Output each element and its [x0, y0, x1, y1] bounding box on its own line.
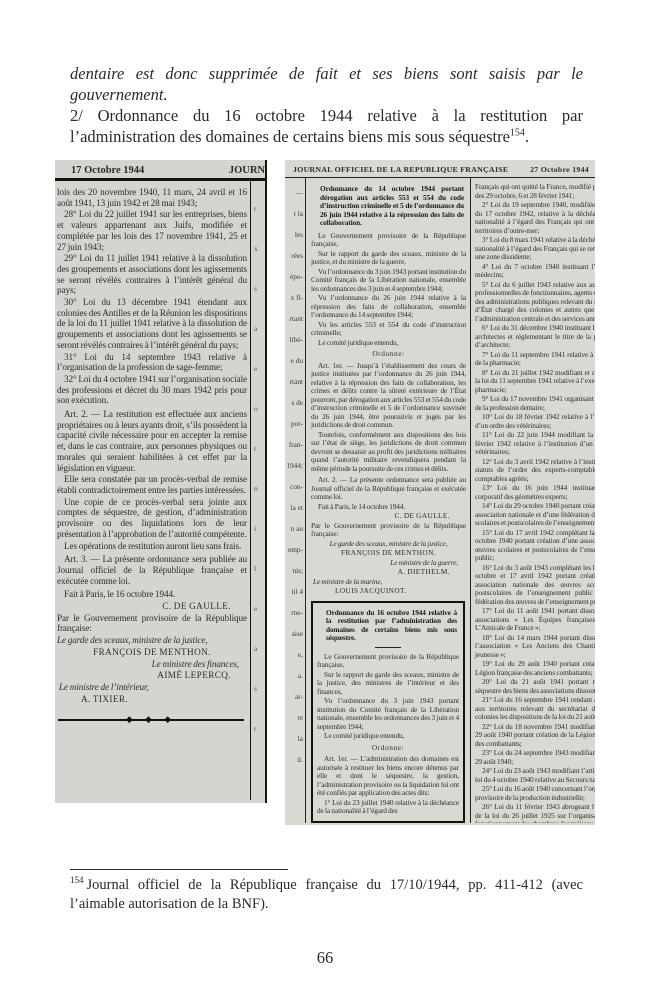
- scan-paragraph: Fait à Paris, le 16 octobre 1944.: [57, 589, 247, 600]
- clipped-gutter-column: —t lalesréesépo-x fl-rtantlibé-e durtant…: [285, 178, 305, 823]
- gutter-fragment: épo-: [285, 266, 303, 287]
- newspaper-scan: 17 Octobre 1944 JOURN lois des 20 novemb…: [55, 160, 595, 828]
- scan-paragraph: A. TIXIER.: [57, 694, 247, 705]
- scan-paragraph: Par le Gouvernement provisoire de la Rép…: [57, 613, 247, 634]
- gutter-fragment: les: [285, 224, 303, 245]
- scan-paragraph: Sur le rapport du garde des sceaux, mini…: [317, 671, 459, 697]
- gutter-fragment: t la: [285, 203, 303, 224]
- law-list-item: Français qui ont quitté la France, modif…: [475, 183, 595, 200]
- journal-masthead-title: JOURNAL OFFICIEL DE LA REPUBLIQUE FRANÇA…: [293, 165, 508, 174]
- right-column-clipped: Français qui ont quitté la France, modif…: [471, 178, 595, 823]
- gutter-fragment: e du: [285, 350, 303, 371]
- edge-fragment: x: [254, 229, 265, 269]
- journal-masthead-date: 27 Octobre 1944: [530, 165, 589, 174]
- law-list-item: 16° Loi du 3 août 1943 complétant les lo…: [475, 564, 595, 607]
- law-list-item: 19° Loi du 29 août 1940 portant création…: [475, 660, 595, 677]
- scan-paragraph: 28° Loi du 22 juillet 1941 sur les entre…: [57, 209, 247, 252]
- edge-fragment: t: [254, 429, 265, 469]
- edge-fragment: n: [254, 469, 265, 509]
- scan-paragraph: Le ministre des finances,: [57, 659, 247, 670]
- law-list-item: 26° Loi du 11 février 1943 abrogeant l’a…: [475, 803, 595, 823]
- law-list-item: 2° Loi du 19 septembre 1940, modifiée pa…: [475, 201, 595, 235]
- law-list-item: 21° Loi du 16 septembre 1941 rendant app…: [475, 696, 595, 722]
- scan-paragraph: Art. 2. — La présente ordonnance sera pu…: [311, 476, 466, 502]
- scan-paragraph: Le ministre de l’intérieur,: [57, 682, 247, 693]
- law-list-item: 20° Loi du 21 août 1941 portant mise sou…: [475, 678, 595, 695]
- ordinance-16oct-paragraphs: Le Gouvernement provisoire de la Républi…: [317, 653, 459, 816]
- scan-paragraph: Fait à Paris, le 14 octobre 1944.: [311, 503, 466, 512]
- scan-paragraph: 1° Loi du 23 juillet 1940 relative à la …: [317, 799, 459, 816]
- scan-paragraph: Elle sera constatée par un procès-verbal…: [57, 474, 247, 495]
- intro-paragraph-ordinance: 2/ Ordonnance du 16 octobre 1944 relativ…: [70, 105, 583, 147]
- fragment-body: lois des 20 novembre 1940, 11 mars, 24 a…: [55, 181, 265, 800]
- document-page: { "intro": { "paragraph_italic": "dentai…: [0, 0, 650, 1007]
- law-list-item: 5° Loi du 6 juillet 1943 relative aux as…: [475, 281, 595, 324]
- fragment-paragraphs: lois des 20 novembre 1940, 11 mars, 24 a…: [57, 187, 247, 704]
- scan-paragraph: Le comité juridique entendu,: [311, 339, 466, 348]
- right-column-text: Français qui ont quitté la France, modif…: [475, 183, 595, 823]
- gutter-fragment: rtant: [285, 371, 303, 392]
- law-list-item: 14° Loi du 29 octobre 1940 portant créat…: [475, 502, 595, 528]
- gutter-fragment: x fl-: [285, 287, 303, 308]
- footnote-reference: 154: [510, 128, 525, 139]
- scan-paragraph: A. DIETHELM.: [311, 568, 466, 577]
- law-list-item: 8° Loi du 21 juillet 1942 modifiant et c…: [475, 369, 595, 395]
- law-list-item: 7° Loi du 11 septembre 1941 relative à l…: [475, 351, 595, 368]
- gutter-fragment: —: [285, 182, 303, 203]
- scan-paragraph: FRANÇOIS DE MENTHON.: [311, 549, 466, 558]
- law-list-item: 23° Loi du 24 septembre 1943 modifiant l…: [475, 749, 595, 766]
- edge-fragment: e: [254, 349, 265, 389]
- gutter-fragment: fran-: [285, 434, 303, 455]
- law-list-item: 24° Loi du 23 août 1943 modifiant l’arti…: [475, 767, 595, 784]
- scan-paragraph: Sur le rapport du garde des sceaux, mini…: [311, 250, 466, 267]
- scan-paragraph: Le ministre de la guerre,: [311, 559, 466, 568]
- gutter-fragment: con-: [285, 476, 303, 497]
- scan-paragraph: Art. 1er. — Jusqu’à l’établissement des …: [311, 362, 466, 430]
- gutter-fragment: re: [285, 707, 303, 728]
- scan-main-piece: JOURNAL OFFICIEL DE LA REPUBLIQUE FRANÇA…: [285, 160, 595, 825]
- law-list-item: 15° Loi du 17 avril 1942 complétant la l…: [475, 529, 595, 563]
- fragment-text-column: lois des 20 novembre 1940, 11 mars, 24 a…: [55, 181, 250, 800]
- diamond-ornament-icon: ◆ ◆ ◆: [58, 714, 244, 725]
- fragment-header: 17 Octobre 1944 JOURN: [55, 160, 265, 181]
- gutter-fragment: til 4: [285, 581, 303, 602]
- scan-paragraph: C. DE GAULLE.: [311, 512, 466, 521]
- scan-paragraph: 29° Loi du 11 juillet 1941 relative à la…: [57, 253, 247, 296]
- scan-paragraph: Vu les articles 553 et 554 du code d’ins…: [311, 321, 466, 338]
- law-list-item: 10° Loi du 18 février 1942 relative à l’…: [475, 413, 595, 430]
- gutter-fragment: ar-: [285, 686, 303, 707]
- scan-paragraph: Vu l’ordonnance du 3 juin 1943 portant i…: [311, 268, 466, 294]
- scan-paragraph: Art. 1er. — L’administration des domaine…: [317, 755, 459, 798]
- scan-paragraph: Les opérations de restitution auront lie…: [57, 541, 247, 552]
- edge-fragment: s: [254, 269, 265, 309]
- gutter-fragment: libé-: [285, 329, 303, 350]
- scan-paragraph: Toutefois, conformément aux dispositions…: [311, 431, 466, 474]
- scan-paragraph: Une copie de ce procès-verbal sera joint…: [57, 497, 247, 540]
- footnote-marker: 154: [70, 875, 84, 885]
- gutter-fragment: il.: [285, 749, 303, 770]
- ornament-diamonds: ◆ ◆ ◆: [58, 714, 244, 725]
- gutter-fragment: e,: [285, 644, 303, 665]
- scan-paragraph: Le garde des sceaux, ministre de la just…: [57, 635, 247, 646]
- edge-fragment: o: [254, 389, 265, 429]
- gutter-fragment: rne-: [285, 602, 303, 623]
- ordinance-14oct-paragraphs: Le Gouvernement provisoire de la Républi…: [311, 232, 466, 596]
- gutter-fragment: rées: [285, 245, 303, 266]
- intro-paragraph-italic: dentaire est donc supprimée de fait et s…: [70, 63, 583, 105]
- scan-paragraph: lois des 20 novembre 1940, 11 mars, 24 a…: [57, 187, 247, 208]
- scan-paragraph: Art. 3. — La présente ordonnance sera pu…: [57, 554, 247, 586]
- ordinance-16oct-title: Ordonnance du 16 octobre 1944 relative à…: [317, 607, 459, 643]
- edge-fragment: e: [254, 589, 265, 629]
- gutter-fragment: rtant: [285, 308, 303, 329]
- edge-fragment: s: [254, 669, 265, 709]
- gutter-fragment: nis;: [285, 560, 303, 581]
- scan-paragraph: Par le Gouvernement provisoire de la Rép…: [311, 522, 466, 539]
- fragment-header-date: 17 Octobre 1944: [71, 165, 144, 176]
- law-list-item: 13° Loi du 16 juin 1944 instituant l’ord…: [475, 484, 595, 501]
- gutter-fragment: s de: [285, 392, 303, 413]
- journal-body: —t lalesréesépo-x fl-rtantlibé-e durtant…: [285, 178, 595, 823]
- scan-paragraph: Vu l’ordonnance du 26 juin 1944 relative…: [311, 294, 466, 320]
- law-list-item: 3° Loi du 8 mars 1941 relative à la déch…: [475, 236, 595, 262]
- law-list-item: 17° Loi du 11 août 1941 portant dissolut…: [475, 607, 595, 633]
- scan-left-fragment: 17 Octobre 1944 JOURN lois des 20 novemb…: [55, 160, 267, 803]
- gutter-fragment: a.: [285, 665, 303, 686]
- scan-paragraph: Le garde des sceaux, ministre de la just…: [311, 540, 466, 549]
- gutter-fragment: omp-: [285, 539, 303, 560]
- gutter-fragment: la: [285, 728, 303, 749]
- footnote-body: Journal officiel de la République frança…: [70, 877, 583, 912]
- scan-paragraph: 30° Loi du 13 décembre 1941 étendant aux…: [57, 297, 247, 351]
- scan-paragraph: Ordonne:: [311, 350, 466, 359]
- scan-paragraph: Le Gouvernement provisoire de la Républi…: [317, 653, 459, 670]
- edge-fragment: a: [254, 309, 265, 349]
- scan-paragraph: Le comité juridique entendu,: [317, 732, 459, 741]
- scan-paragraph: Vu l’ordonnance du 3 juin 1943 portant i…: [317, 697, 459, 731]
- fragment-clipped-edge-column: rxsaeotnileasr: [250, 181, 265, 800]
- edge-fragment: i: [254, 509, 265, 549]
- edge-fragment: r: [254, 189, 265, 229]
- scan-paragraph: Le ministre de la marine,: [311, 578, 466, 587]
- scan-paragraph: Art. 2. — La restitution est effectuée a…: [57, 409, 247, 473]
- law-list-item: 22° Loi du 18 novembre 1941 modifiant la…: [475, 723, 595, 749]
- intro-block: dentaire est donc supprimée de fait et s…: [70, 63, 583, 147]
- ordinance-14oct-title: Ordonnance du 14 octobre 1944 portant dé…: [311, 183, 466, 228]
- law-list-item: 4° Loi du 7 octobre 1940 instituant l’or…: [475, 263, 595, 280]
- fragment-masthead-clipped: JOURN: [229, 165, 265, 176]
- page-number: 66: [0, 948, 650, 968]
- law-list-item: 18° Loi du 14 mars 1944 portant dissolut…: [475, 634, 595, 660]
- middle-column: Ordonnance du 14 octobre 1944 portant dé…: [306, 178, 470, 823]
- edge-fragment: r: [254, 709, 265, 749]
- footnote-separator: [70, 869, 288, 870]
- law-list-item: 6° Loi du 31 décembre 1940 instituant l’…: [475, 324, 595, 350]
- gutter-fragment: n au: [285, 518, 303, 539]
- edge-fragment: l: [254, 549, 265, 589]
- scan-paragraph: 32° Loi du 4 octobre 1941 sur l’organisa…: [57, 374, 247, 406]
- scan-paragraph: Le Gouvernement provisoire de la Républi…: [311, 232, 466, 249]
- edge-fragment: a: [254, 629, 265, 669]
- intro-ordinance-text: 2/ Ordonnance du 16 octobre 1944 relativ…: [70, 106, 583, 146]
- gutter-fragment: aise: [285, 623, 303, 644]
- scan-paragraph: Ordonne:: [317, 744, 459, 753]
- scan-paragraph: FRANÇOIS DE MENTHON.: [57, 647, 247, 658]
- scan-paragraph: AIMÉ LEPERCQ.: [57, 670, 247, 681]
- journal-masthead-row: JOURNAL OFFICIEL DE LA REPUBLIQUE FRANÇA…: [285, 160, 595, 178]
- ordinance-16oct-box: Ordonnance du 16 octobre 1944 relative à…: [311, 601, 465, 823]
- intro-ordinance-period: .: [525, 127, 529, 146]
- gutter-fragment: por-: [285, 413, 303, 434]
- law-list-item: 9° Loi du 17 novembre 1941 organisant l’…: [475, 395, 595, 412]
- gutter-fragment: la et: [285, 497, 303, 518]
- title-rule: [375, 647, 401, 648]
- gutter-fragment: 1944;: [285, 455, 303, 476]
- law-list-item: 11° Loi du 22 juin 1944 modifiant la loi…: [475, 431, 595, 457]
- scan-paragraph: 31° Loi du 14 septembre 1943 relative à …: [57, 352, 247, 373]
- scan-paragraph: LOUIS JACQUINOT.: [311, 587, 466, 596]
- footnote-text: 154Journal officiel de la République fra…: [70, 876, 583, 914]
- law-list-item: 25° Loi du 16 août 1940 concernant l’org…: [475, 785, 595, 802]
- scan-paragraph: C. DE GAULLE.: [57, 601, 247, 612]
- law-list-item: 12° Loi du 3 avril 1942 relative à l’ins…: [475, 458, 595, 484]
